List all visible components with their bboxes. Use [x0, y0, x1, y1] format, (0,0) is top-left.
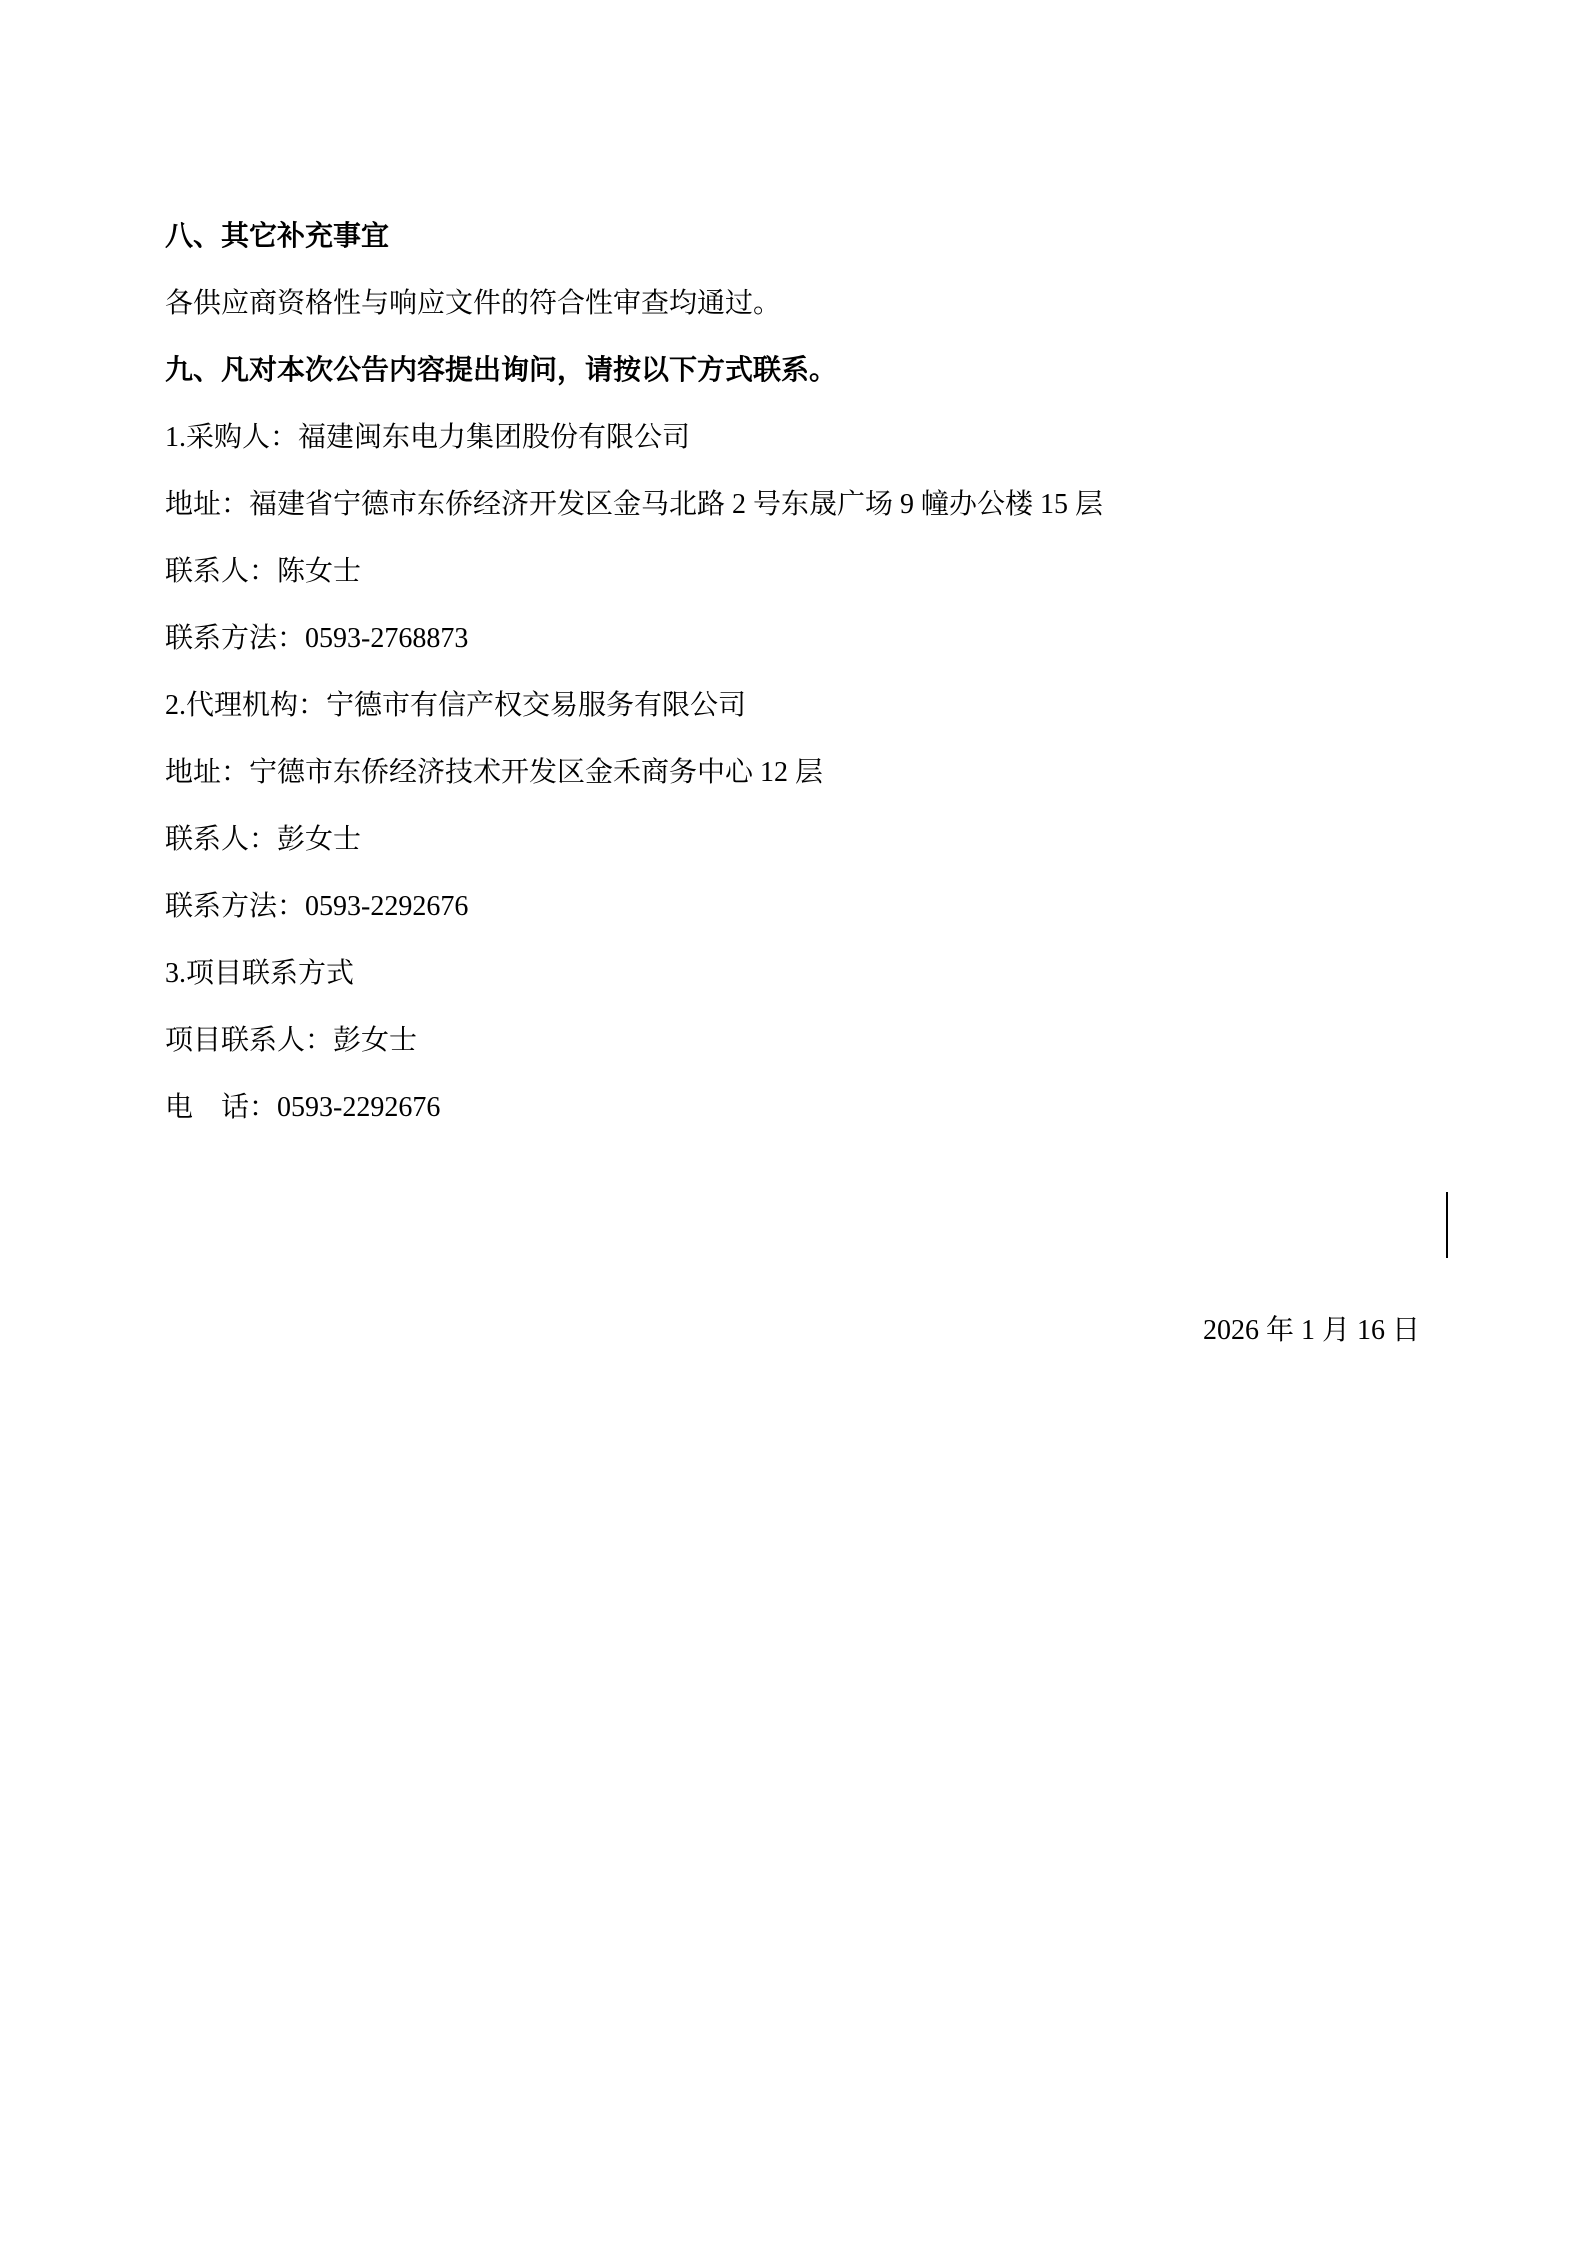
project-heading: 3.项目联系方式 — [165, 940, 1423, 1007]
document-date: 2026 年 1 月 16 日 — [1203, 1297, 1420, 1364]
section-9-heading: 九、凡对本次公告内容提出询问，请按以下方式联系。 — [165, 337, 1423, 404]
purchaser-phone: 联系方法：0593-2768873 — [165, 605, 1423, 672]
project-phone: 电 话：0593-2292676 — [165, 1074, 1423, 1141]
section-8-heading: 八、其它补充事宜 — [165, 203, 1423, 270]
document-body: 八、其它补充事宜 各供应商资格性与响应文件的符合性审查均通过。 九、凡对本次公告… — [165, 203, 1423, 1141]
agency-phone: 联系方法：0593-2292676 — [165, 873, 1423, 940]
purchaser-name: 1.采购人：福建闽东电力集团股份有限公司 — [165, 404, 1423, 471]
project-contact: 项目联系人：彭女士 — [165, 1007, 1423, 1074]
caret-mark — [1446, 1192, 1448, 1258]
agency-name: 2.代理机构：宁德市有信产权交易服务有限公司 — [165, 672, 1423, 739]
agency-address: 地址：宁德市东侨经济技术开发区金禾商务中心 12 层 — [165, 739, 1423, 806]
purchaser-contact: 联系人：陈女士 — [165, 538, 1423, 605]
agency-contact: 联系人：彭女士 — [165, 806, 1423, 873]
section-8-body: 各供应商资格性与响应文件的符合性审查均通过。 — [165, 270, 1423, 337]
purchaser-address: 地址：福建省宁德市东侨经济开发区金马北路 2 号东晟广场 9 幢办公楼 15 层 — [165, 471, 1423, 538]
document-page: 八、其它补充事宜 各供应商资格性与响应文件的符合性审查均通过。 九、凡对本次公告… — [0, 0, 1587, 2245]
